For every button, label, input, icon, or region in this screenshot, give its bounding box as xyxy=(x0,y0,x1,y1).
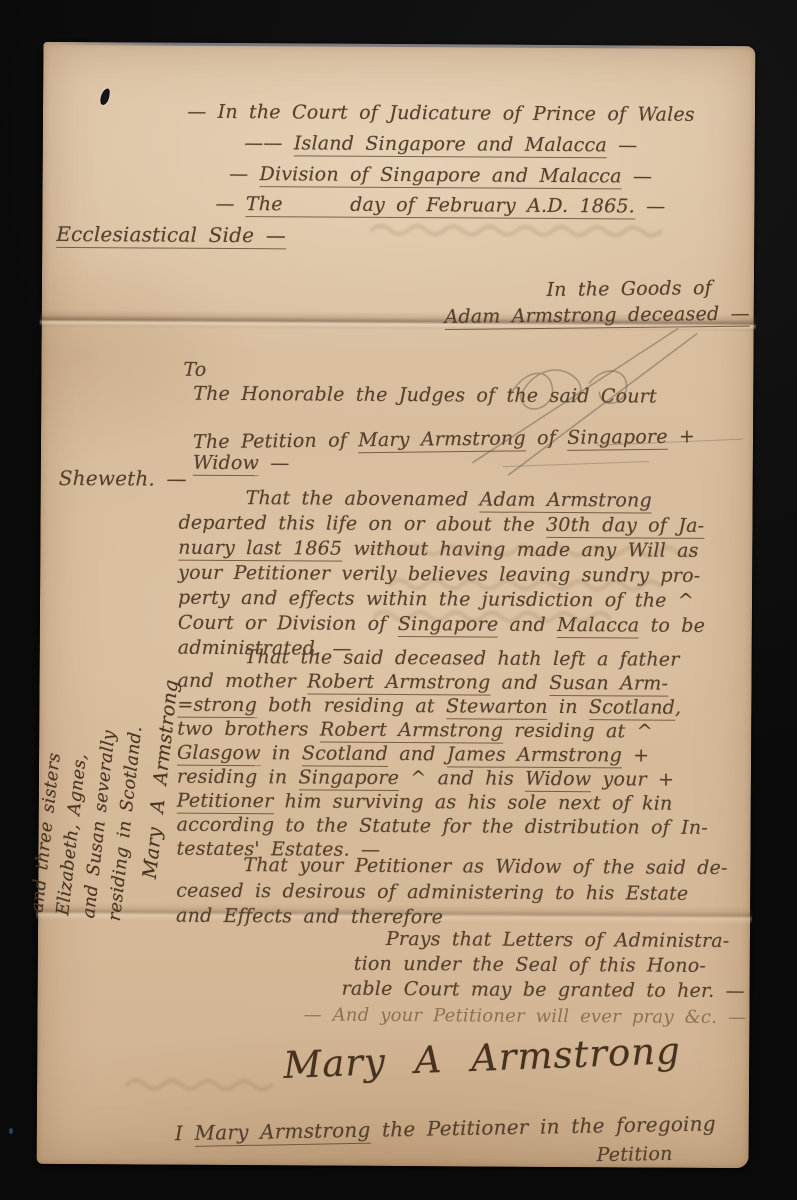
text-segment: according to the Statute for the distrib… xyxy=(177,814,708,839)
text-segment: both residing at xyxy=(257,694,446,717)
text-segment: the Petitioner in the foregoing xyxy=(370,1111,716,1141)
text-segment: residing in xyxy=(177,766,299,789)
document-paper: — In the Court of Judicature of Prince o… xyxy=(37,42,756,1168)
text-segment: to be xyxy=(639,614,705,636)
text-segment: Singapore xyxy=(567,426,668,451)
prayer-line: Prays that Letters of Administra- xyxy=(386,928,730,952)
goods-of-line: Adam Armstrong deceased — xyxy=(342,303,750,330)
body-line: perty and effects within the jurisdictio… xyxy=(178,587,694,612)
text-segment: Singapore xyxy=(398,613,499,638)
attestation-line: Petition xyxy=(596,1143,672,1166)
text-segment: Prays that Letters of Administra- xyxy=(386,928,730,952)
text-segment: him surviving as his sole next of kin xyxy=(273,790,672,814)
text-segment: Robert Armstrong xyxy=(320,719,503,744)
body-line: ceased is desirous of administering to h… xyxy=(176,880,688,905)
text-segment: — xyxy=(607,134,638,156)
text-segment: rable Court may be granted to her. — xyxy=(342,978,745,1002)
text-segment: Court or Division of xyxy=(178,612,398,635)
text-segment: and xyxy=(388,743,447,765)
text-segment: Ecclesiastical Side — xyxy=(56,222,286,249)
text-segment: Scotland xyxy=(589,696,675,721)
text-segment: Mary Armstrong xyxy=(358,427,526,453)
photo-background: — In the Court of Judicature of Prince o… xyxy=(0,0,797,1200)
text-segment: ^ and his xyxy=(399,767,525,790)
text-segment: Stewarton xyxy=(446,695,548,720)
text-segment: Island Singapore and Malacca xyxy=(294,132,607,158)
text-segment: departed this life on or about the xyxy=(178,512,546,536)
sheweth-label: Sheweth. — xyxy=(59,466,187,491)
text-segment: That your Petitioner as Widow of the sai… xyxy=(243,854,727,879)
text-segment: Robert Armstrong xyxy=(307,670,490,695)
text-segment: nuary last 1865 xyxy=(178,537,342,562)
text-segment: The day of February A.D. 1865. xyxy=(246,193,635,219)
ink-blot-hole xyxy=(99,87,111,106)
text-segment: Malacca xyxy=(557,614,639,639)
body-line: Glasgow in Scotland and James Armstrong … xyxy=(177,742,649,767)
court-header-line: — The day of February A.D. 1865. — xyxy=(160,193,720,218)
text-segment: Mary Armstrong xyxy=(194,1118,370,1147)
text-segment: perty and effects within the jurisdictio… xyxy=(178,587,694,612)
prayer-line: rable Court may be granted to her. — xyxy=(342,978,745,1002)
text-segment: — xyxy=(215,193,246,215)
text-segment: and xyxy=(490,672,549,694)
text-segment: two brothers xyxy=(177,718,320,741)
body-line: and mother Robert Armstrong and Susan Ar… xyxy=(177,670,668,695)
body-line: That the said deceased hath left a fathe… xyxy=(245,646,680,671)
ecclesiastical-side-label: Ecclesiastical Side — xyxy=(56,222,286,247)
text-segment: of xyxy=(526,427,568,449)
text-segment: Division of Singapore and Malacca xyxy=(259,163,621,189)
petition-heading-line: The Petition of Mary Armstrong of Singap… xyxy=(193,425,695,453)
body-line: residing in Singapore ^ and his Widow yo… xyxy=(177,766,674,791)
text-segment: your + xyxy=(591,768,674,791)
text-segment: Adam Armstrong xyxy=(480,489,652,514)
text-segment: Petitioner xyxy=(177,790,274,815)
text-segment: ceased is desirous of administering to h… xyxy=(176,880,688,905)
text-segment: I xyxy=(175,1121,195,1145)
body-line: and Effects and therefore xyxy=(176,905,443,929)
body-line: Petitioner him surviving as his sole nex… xyxy=(177,790,673,815)
body-line: =strong both residing at Stewarton in Sc… xyxy=(177,694,681,719)
court-header-line: —— Island Singapore and Malacca — xyxy=(161,132,721,157)
court-header-line: — Division of Singapore and Malacca — xyxy=(161,163,721,188)
text-segment: + xyxy=(668,425,696,447)
body-line: Court or Division of Singapore and Malac… xyxy=(178,612,705,637)
text-segment: your Petitioner verily believes leaving … xyxy=(178,562,700,587)
body-line: That your Petitioner as Widow of the sai… xyxy=(243,854,727,879)
text-segment: 30th day of Ja- xyxy=(546,514,704,539)
body-line: That the abovenamed Adam Armstrong xyxy=(246,487,652,511)
text-segment: Widow xyxy=(193,452,259,476)
prayer-line: — And your Petitioner will ever pray &c.… xyxy=(303,1004,746,1028)
text-segment: To xyxy=(183,359,206,381)
text-segment: The Honorable the Judges of the said Cou… xyxy=(193,383,657,408)
text-segment: The Petition of xyxy=(193,429,358,453)
text-segment: — In the Court of Judicature of Prince o… xyxy=(187,101,695,126)
text-segment: + xyxy=(622,744,650,766)
text-segment: — xyxy=(259,452,290,474)
text-segment: —— xyxy=(244,132,294,154)
text-segment: — And your Petitioner will ever pray &c.… xyxy=(303,1004,746,1028)
text-segment: and Effects and therefore xyxy=(176,905,443,929)
petition-to: To xyxy=(183,359,206,381)
text-segment: — xyxy=(635,195,666,217)
petitioner-signature: Mary A Armstrong xyxy=(283,1029,682,1087)
text-segment: Petition xyxy=(596,1143,672,1166)
text-segment: James Armstrong xyxy=(447,743,622,768)
body-line: nuary last 1865 without having made any … xyxy=(178,537,698,562)
attestation-line: I Mary Armstrong the Petitioner in the f… xyxy=(175,1111,716,1145)
petition-heading-line: The Honorable the Judges of the said Cou… xyxy=(193,383,657,408)
text-segment: in xyxy=(548,696,589,718)
text-segment: and xyxy=(498,614,557,636)
text-segment: That the said deceased hath left a fathe… xyxy=(245,646,680,671)
text-segment: Adam Armstrong deceased — xyxy=(444,303,750,330)
text-segment: Singapore xyxy=(298,766,399,791)
text-segment: Sheweth. — xyxy=(59,466,187,491)
text-segment: tion under the Seal of this Hono- xyxy=(354,953,706,977)
text-segment: Susan Arm- xyxy=(549,672,668,697)
text-segment: Widow xyxy=(525,768,591,792)
text-segment: — xyxy=(622,165,653,187)
goods-of-line: In the Goods of xyxy=(382,277,712,303)
prayer-line: tion under the Seal of this Hono- xyxy=(354,953,706,977)
text-segment: in xyxy=(261,742,302,764)
petition-heading-line: Widow — xyxy=(193,452,290,475)
body-line: two brothers Robert Armstrong residing a… xyxy=(177,718,653,743)
body-line: departed this life on or about the 30th … xyxy=(178,512,704,537)
text-segment: Scotland xyxy=(302,742,388,767)
text-segment: residing at ^ xyxy=(503,720,653,743)
text-segment: In the Goods of xyxy=(546,277,712,301)
text-segment: — xyxy=(229,163,260,185)
scan-artifact-dot xyxy=(9,1128,13,1134)
body-line: your Petitioner verily believes leaving … xyxy=(178,562,700,587)
text-segment: That the abovenamed xyxy=(246,487,480,510)
text-segment: without having made any Will as xyxy=(342,538,699,562)
body-line: according to the Statute for the distrib… xyxy=(177,814,708,839)
court-header-line: — In the Court of Judicature of Prince o… xyxy=(161,101,721,126)
text-segment: , xyxy=(675,697,681,719)
